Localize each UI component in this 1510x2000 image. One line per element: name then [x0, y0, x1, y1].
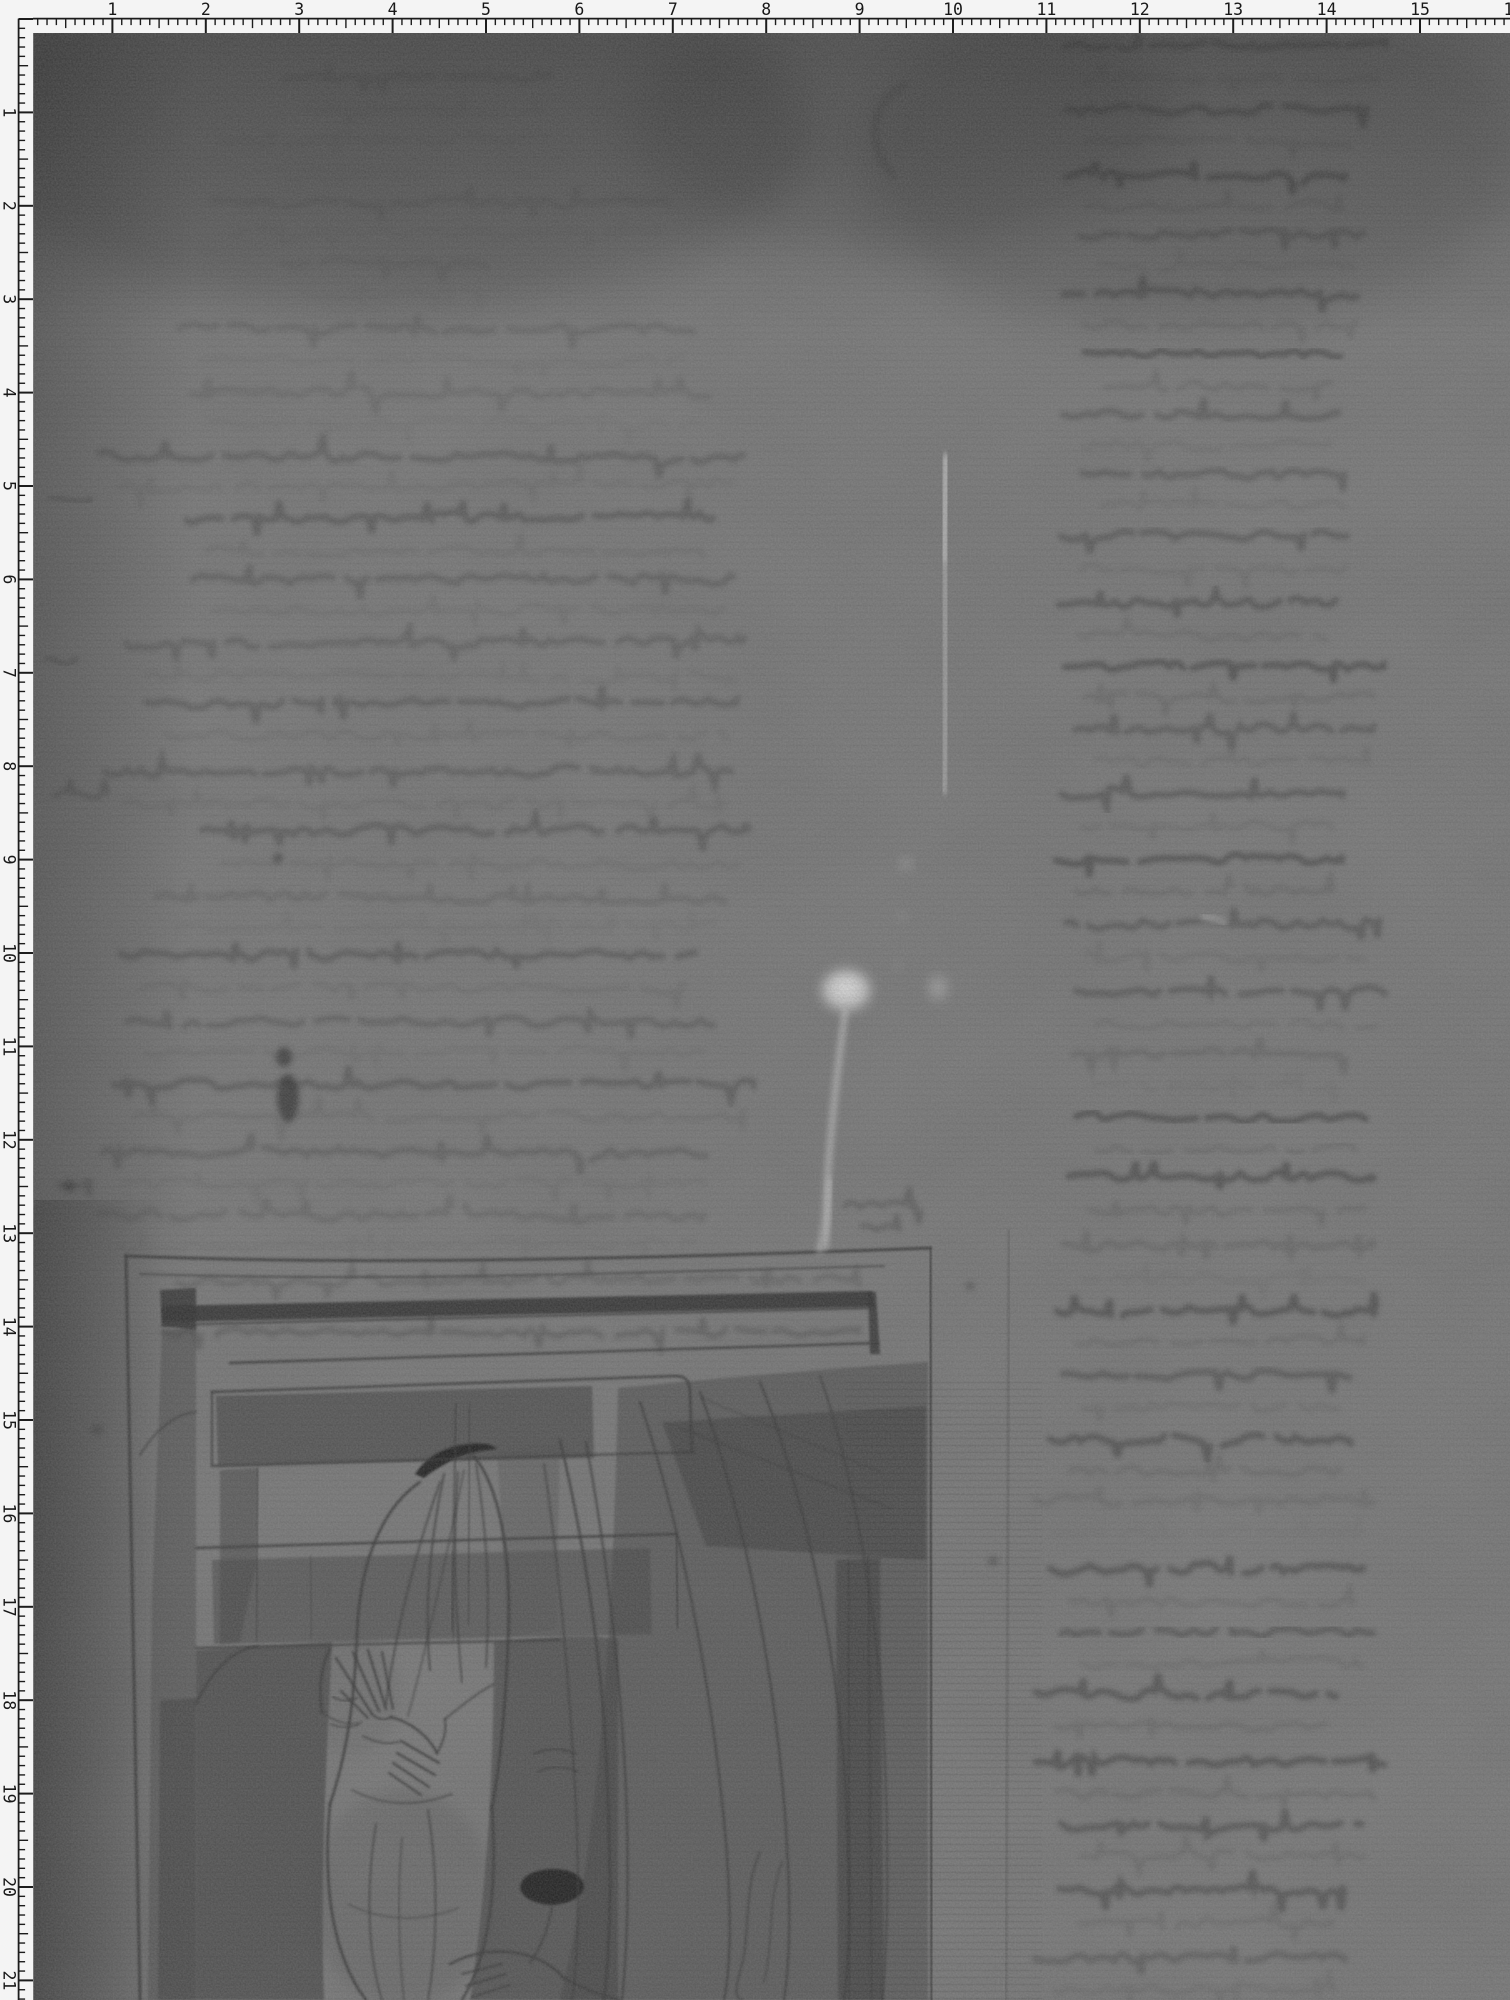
left-ruler-number: 2 [0, 201, 19, 211]
left-ruler-number: 9 [0, 855, 19, 865]
left-ruler-number: 11 [0, 1036, 19, 1056]
left-ruler-scale: 123456789101112131415161718192021 [0, 0, 33, 2000]
top-ruler-number: 15 [1410, 0, 1430, 19]
left-ruler-number: 14 [0, 1317, 19, 1337]
left-ruler-number: 3 [0, 294, 19, 304]
left-ruler-number: 1 [0, 107, 19, 117]
left-ruler-number: 6 [0, 574, 19, 584]
left-ruler-cm: 123456789101112131415161718192021 [0, 0, 33, 2000]
left-ruler-number: 16 [0, 1503, 19, 1523]
top-ruler-cm: 012345678910111213141516 [0, 0, 1510, 33]
left-ruler-number: 17 [0, 1597, 19, 1617]
top-ruler-number: 7 [668, 0, 678, 19]
left-ruler-number: 4 [0, 388, 19, 398]
imaging-stage: 012345678910111213141516 123456789101112… [0, 0, 1510, 2000]
film-grain-texture [0, 0, 1510, 2000]
top-ruler-number: 6 [574, 0, 584, 19]
top-ruler-number: 16 [1503, 0, 1510, 19]
left-ruler-number: 7 [0, 668, 19, 678]
left-ruler-number: 8 [0, 761, 19, 771]
manuscript-photo [0, 0, 1510, 2000]
left-ruler-number: 5 [0, 481, 19, 491]
top-ruler-number: 3 [294, 0, 304, 19]
left-ruler-number: 21 [0, 1970, 19, 1990]
top-ruler-number: 9 [855, 0, 865, 19]
top-ruler-number: 13 [1223, 0, 1243, 19]
left-ruler-number: 12 [0, 1130, 19, 1150]
top-ruler-scale: 012345678910111213141516 [0, 0, 1510, 33]
left-ruler-number: 20 [0, 1877, 19, 1897]
scanline-texture [34, 33, 1510, 2000]
left-ruler-number: 10 [0, 943, 19, 963]
left-ruler-number: 15 [0, 1410, 19, 1430]
top-ruler-number: 10 [943, 0, 963, 19]
top-ruler-number: 2 [201, 0, 211, 19]
top-ruler-number: 14 [1317, 0, 1337, 19]
top-ruler-number: 12 [1130, 0, 1150, 19]
top-ruler-number: 11 [1036, 0, 1056, 19]
top-ruler-number: 8 [761, 0, 771, 19]
top-ruler-number: 1 [107, 0, 117, 19]
top-ruler-number: 4 [388, 0, 398, 19]
top-ruler-number: 5 [481, 0, 491, 19]
scanline-texture-gutter [846, 1380, 1042, 2000]
left-ruler-number: 19 [0, 1784, 19, 1804]
left-ruler-number: 18 [0, 1690, 19, 1710]
left-ruler-number: 13 [0, 1223, 19, 1243]
